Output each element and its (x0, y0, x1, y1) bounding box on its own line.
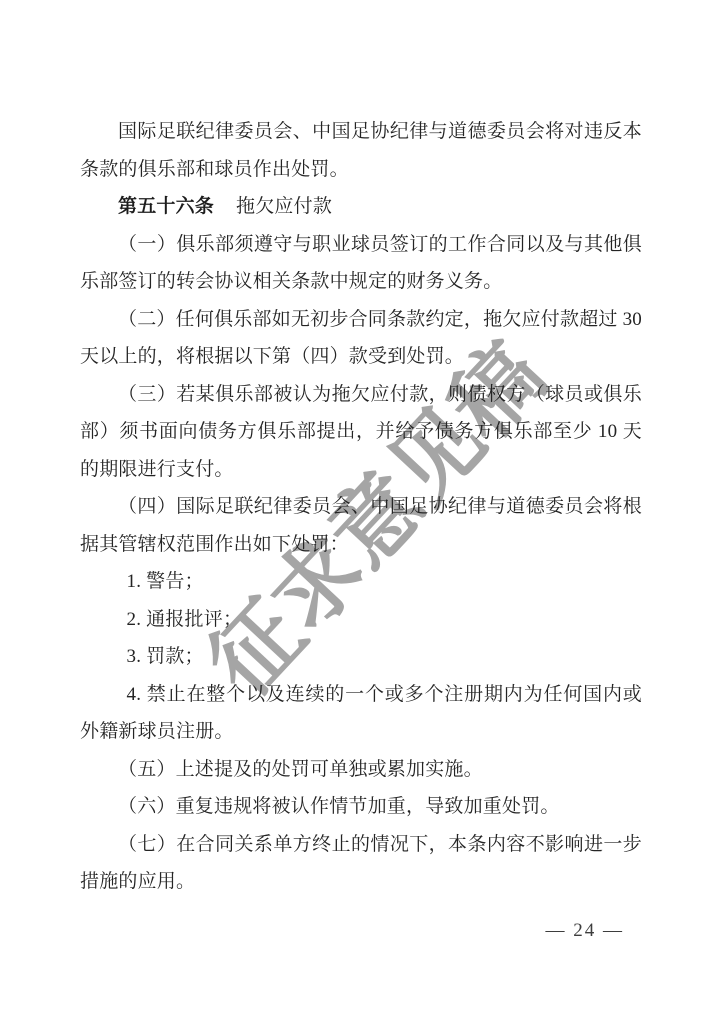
clause-6: （六）重复违规将被认作情节加重，导致加重处罚。 (80, 788, 642, 826)
clause-1: （一）俱乐部须遵守与职业球员签订的工作合同以及与其他俱乐部签订的转会协议相关条款… (80, 226, 642, 301)
clause-2: （二）任何俱乐部如无初步合同条款约定，拖欠应付款超过 30 天以上的，将根据以下… (80, 301, 642, 376)
clause-5: （五）上述提及的处罚可单独或累加实施。 (80, 751, 642, 789)
clause-7: （七）在合同关系单方终止的情况下，本条内容不影响进一步措施的应用。 (80, 826, 642, 901)
document-page: 征求意见稿 国际足联纪律委员会、中国足协纪律与道德委员会将对违反本条款的俱乐部和… (0, 0, 720, 1018)
page-number: — 24 — (546, 920, 625, 942)
clause-3: （三）若某俱乐部被认为拖欠应付款，则债权方（球员或俱乐部）须书面向债务方俱乐部提… (80, 376, 642, 489)
penalty-item-1: 1. 警告； (80, 563, 642, 601)
penalty-item-2: 2. 通报批评； (80, 601, 642, 639)
document-body: 国际足联纪律委员会、中国足协纪律与道德委员会将对违反本条款的俱乐部和球员作出处罚… (80, 0, 642, 901)
intro-paragraph: 国际足联纪律委员会、中国足协纪律与道德委员会将对违反本条款的俱乐部和球员作出处罚… (80, 113, 642, 188)
article-heading: 第五十六条拖欠应付款 (80, 188, 642, 226)
article-number: 第五十六条 (118, 196, 214, 217)
penalty-item-3: 3. 罚款； (80, 638, 642, 676)
article-title: 拖欠应付款 (236, 196, 332, 217)
penalty-item-4: 4. 禁止在整个以及连续的一个或多个注册期内为任何国内或外籍新球员注册。 (80, 676, 642, 751)
clause-4: （四）国际足联纪律委员会、中国足协纪律与道德委员会将根据其管辖权范围作出如下处罚… (80, 488, 642, 563)
